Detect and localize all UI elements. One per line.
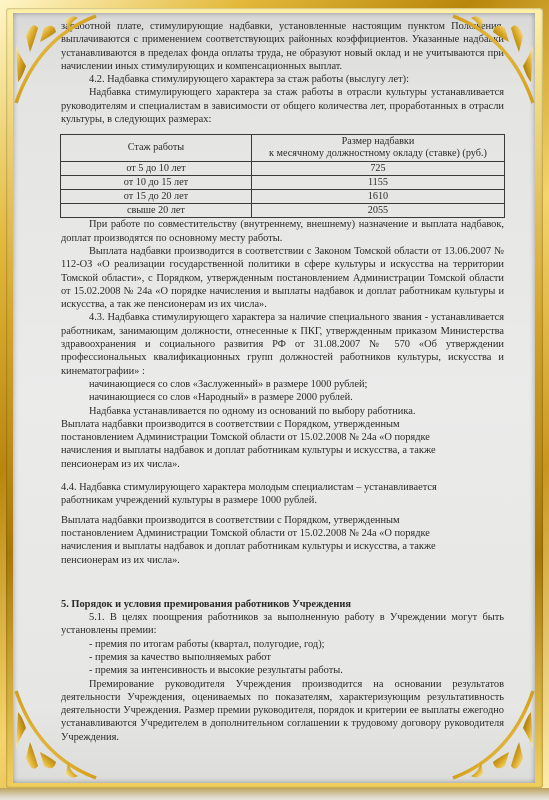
bonus-bullet: - премия по итогам работы (квартал, полу… — [61, 638, 504, 651]
part-time-paragraph: При работе по совместительству (внутренн… — [61, 218, 504, 245]
experience-cell: от 10 до 15 лет — [61, 176, 252, 190]
law-reference-paragraph: Выплата надбавки производится в соответс… — [61, 245, 504, 311]
honored-title-item: начинающиеся со слов «Заслуженный» в раз… — [61, 378, 504, 391]
intro-paragraph: заработной плате, стимулирующие надбавки… — [61, 20, 504, 73]
column-header-experience: Стаж работы — [61, 135, 252, 162]
column-header-amount: Размер надбавки к месячному должностному… — [251, 135, 504, 162]
table-row: свыше 20 лет 2055 — [61, 204, 505, 218]
section-5-1-paragraph: 5.1. В целях поощрения работников за вып… — [61, 611, 504, 638]
amount-cell: 725 — [251, 162, 504, 176]
table-row: от 15 до 20 лет 1610 — [61, 190, 505, 204]
gold-picture-frame: заработной плате, стимулирующие надбавки… — [0, 0, 549, 800]
section-4-3-note: Надбавка устанавливается по одному из ос… — [61, 405, 504, 418]
table-row: от 10 до 15 лет 1155 — [61, 176, 505, 190]
manager-bonus-paragraph: Премирование руководителя Учреждения про… — [61, 678, 504, 744]
section-4-2-heading: 4.2. Надбавка стимулирующего характера з… — [61, 73, 504, 86]
section-4-4-payment: Выплата надбавки производится в соответс… — [61, 514, 461, 567]
experience-cell: свыше 20 лет — [61, 204, 252, 218]
peoples-title-item: начинающиеся со слов «Народный» в размер… — [61, 391, 504, 404]
amount-cell: 1155 — [251, 176, 504, 190]
table-row: от 5 до 10 лет 725 — [61, 162, 505, 176]
document-page: заработной плате, стимулирующие надбавки… — [13, 13, 535, 783]
amount-cell: 1610 — [251, 190, 504, 204]
document-text: заработной плате, стимулирующие надбавки… — [61, 20, 504, 744]
column-header-amount-line2: к месячному должностному окладу (ставке)… — [254, 148, 502, 160]
experience-cell: от 5 до 10 лет — [61, 162, 252, 176]
experience-cell: от 15 до 20 лет — [61, 190, 252, 204]
bonus-bullet: - премия за качество выполняемых работ — [61, 651, 504, 664]
section-5-heading: 5. Порядок и условия премирования работн… — [61, 598, 504, 611]
table-header-row: Стаж работы Размер надбавки к месячному … — [61, 135, 505, 162]
section-4-3-paragraph: 4.3. Надбавка стимулирующего характера з… — [61, 311, 504, 377]
frame-bottom-shadow — [0, 788, 549, 800]
bonus-bullet: - премия за интенсивность и высокие резу… — [61, 664, 504, 677]
column-header-amount-line1: Размер надбавки — [254, 136, 502, 148]
seniority-bonus-table: Стаж работы Размер надбавки к месячному … — [60, 134, 505, 218]
amount-cell: 2055 — [251, 204, 504, 218]
section-4-3-payment: Выплата надбавки производится в соответс… — [61, 418, 461, 471]
section-4-4-paragraph: 4.4. Надбавка стимулирующего характера м… — [61, 481, 471, 508]
section-4-2-paragraph: Надбавка стимулирующего характера за ста… — [61, 86, 504, 126]
